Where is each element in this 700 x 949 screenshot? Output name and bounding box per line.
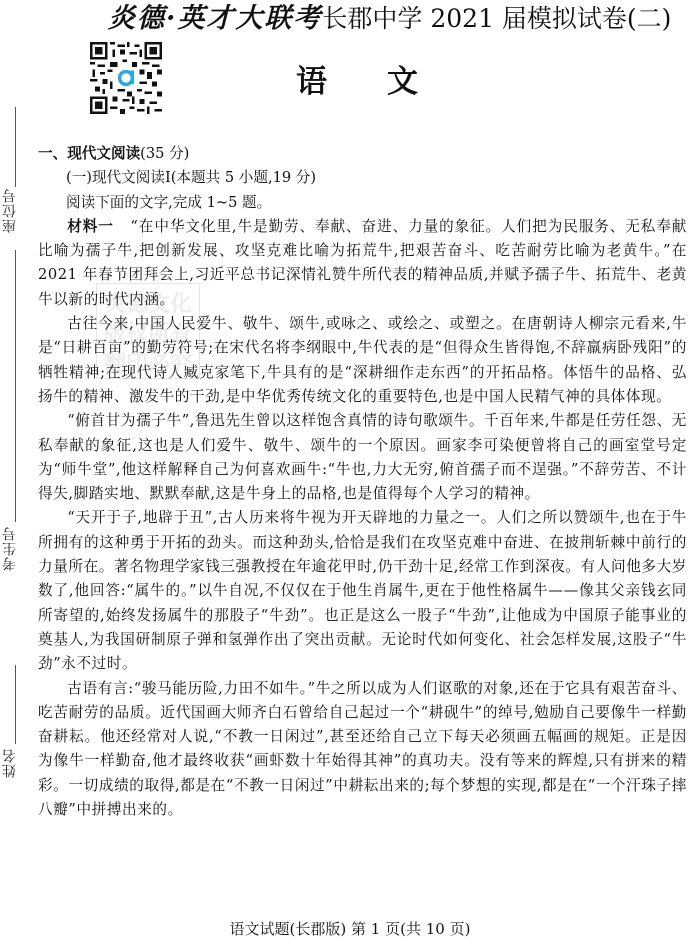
section-title: 一、现代文阅读 <box>38 145 140 162</box>
instruction: 阅读下面的文字,完成 1~5 题。 <box>38 191 687 215</box>
paragraph: 古语有言:“骏马能历险,力田不如牛。”牛之所以成为人们讴歌的对象,还在于它具有艰… <box>38 677 687 823</box>
paragraph: 古往今来,中国人民爱牛、敬牛、颂牛,或咏之、或绘之、或塑之。在唐朝诗人柳宗元看来… <box>38 312 687 409</box>
qr-code-graphic <box>90 42 162 114</box>
page-footer: 语文试题(长郡版) 第 1 页(共 10 页) <box>0 918 700 940</box>
qr-code-icon[interactable] <box>90 42 162 114</box>
subject-title: 语文 <box>296 60 478 104</box>
name-label: 姓名 <box>1 744 19 782</box>
exam-id-label: 考生号 <box>1 521 19 577</box>
seat-number-line <box>15 107 16 187</box>
paragraph: 材料一 “在中华文化里,牛是勤劳、奉献、奋进、力量的象征。人们把为民服务、无私奉… <box>38 215 687 312</box>
paragraph: “天开于子,地辟于丑”,古人历来将牛视为开天辟地的力量之一。人们之所以赞颂牛,也… <box>38 506 687 676</box>
exam-content: 一、现代文阅读(35 分) (一)现代文阅读Ⅰ(本题共 5 小题,19 分) 阅… <box>38 142 687 822</box>
exam-title: 长郡中学 2021 届模拟试卷(二) <box>322 4 671 33</box>
seat-number-label: 座位号 <box>1 186 19 236</box>
exam-header-title: 炎德·英才大联考长郡中学 2021 届模拟试卷(二) <box>108 2 668 36</box>
section-heading: 一、现代文阅读(35 分) <box>38 142 687 166</box>
paragraph-text: “在中华文化里,牛是勤劳、奉献、奋进、力量的象征。人们把为民服务、无私奉献比喻为… <box>38 218 687 308</box>
subsection-heading: (一)现代文阅读Ⅰ(本题共 5 小题,19 分) <box>38 166 687 190</box>
material-label: 材料一 <box>67 218 114 235</box>
exam-id-line <box>15 250 16 522</box>
exam-brand: 炎德·英才大联考 <box>108 3 322 34</box>
name-line <box>15 665 16 744</box>
section-points: (35 分) <box>140 145 189 162</box>
paragraph: “俯首甘为孺子牛”,鲁迅先生曾以这样饱含真情的诗句歌颂牛。千百年来,牛都是任劳任… <box>38 409 687 506</box>
